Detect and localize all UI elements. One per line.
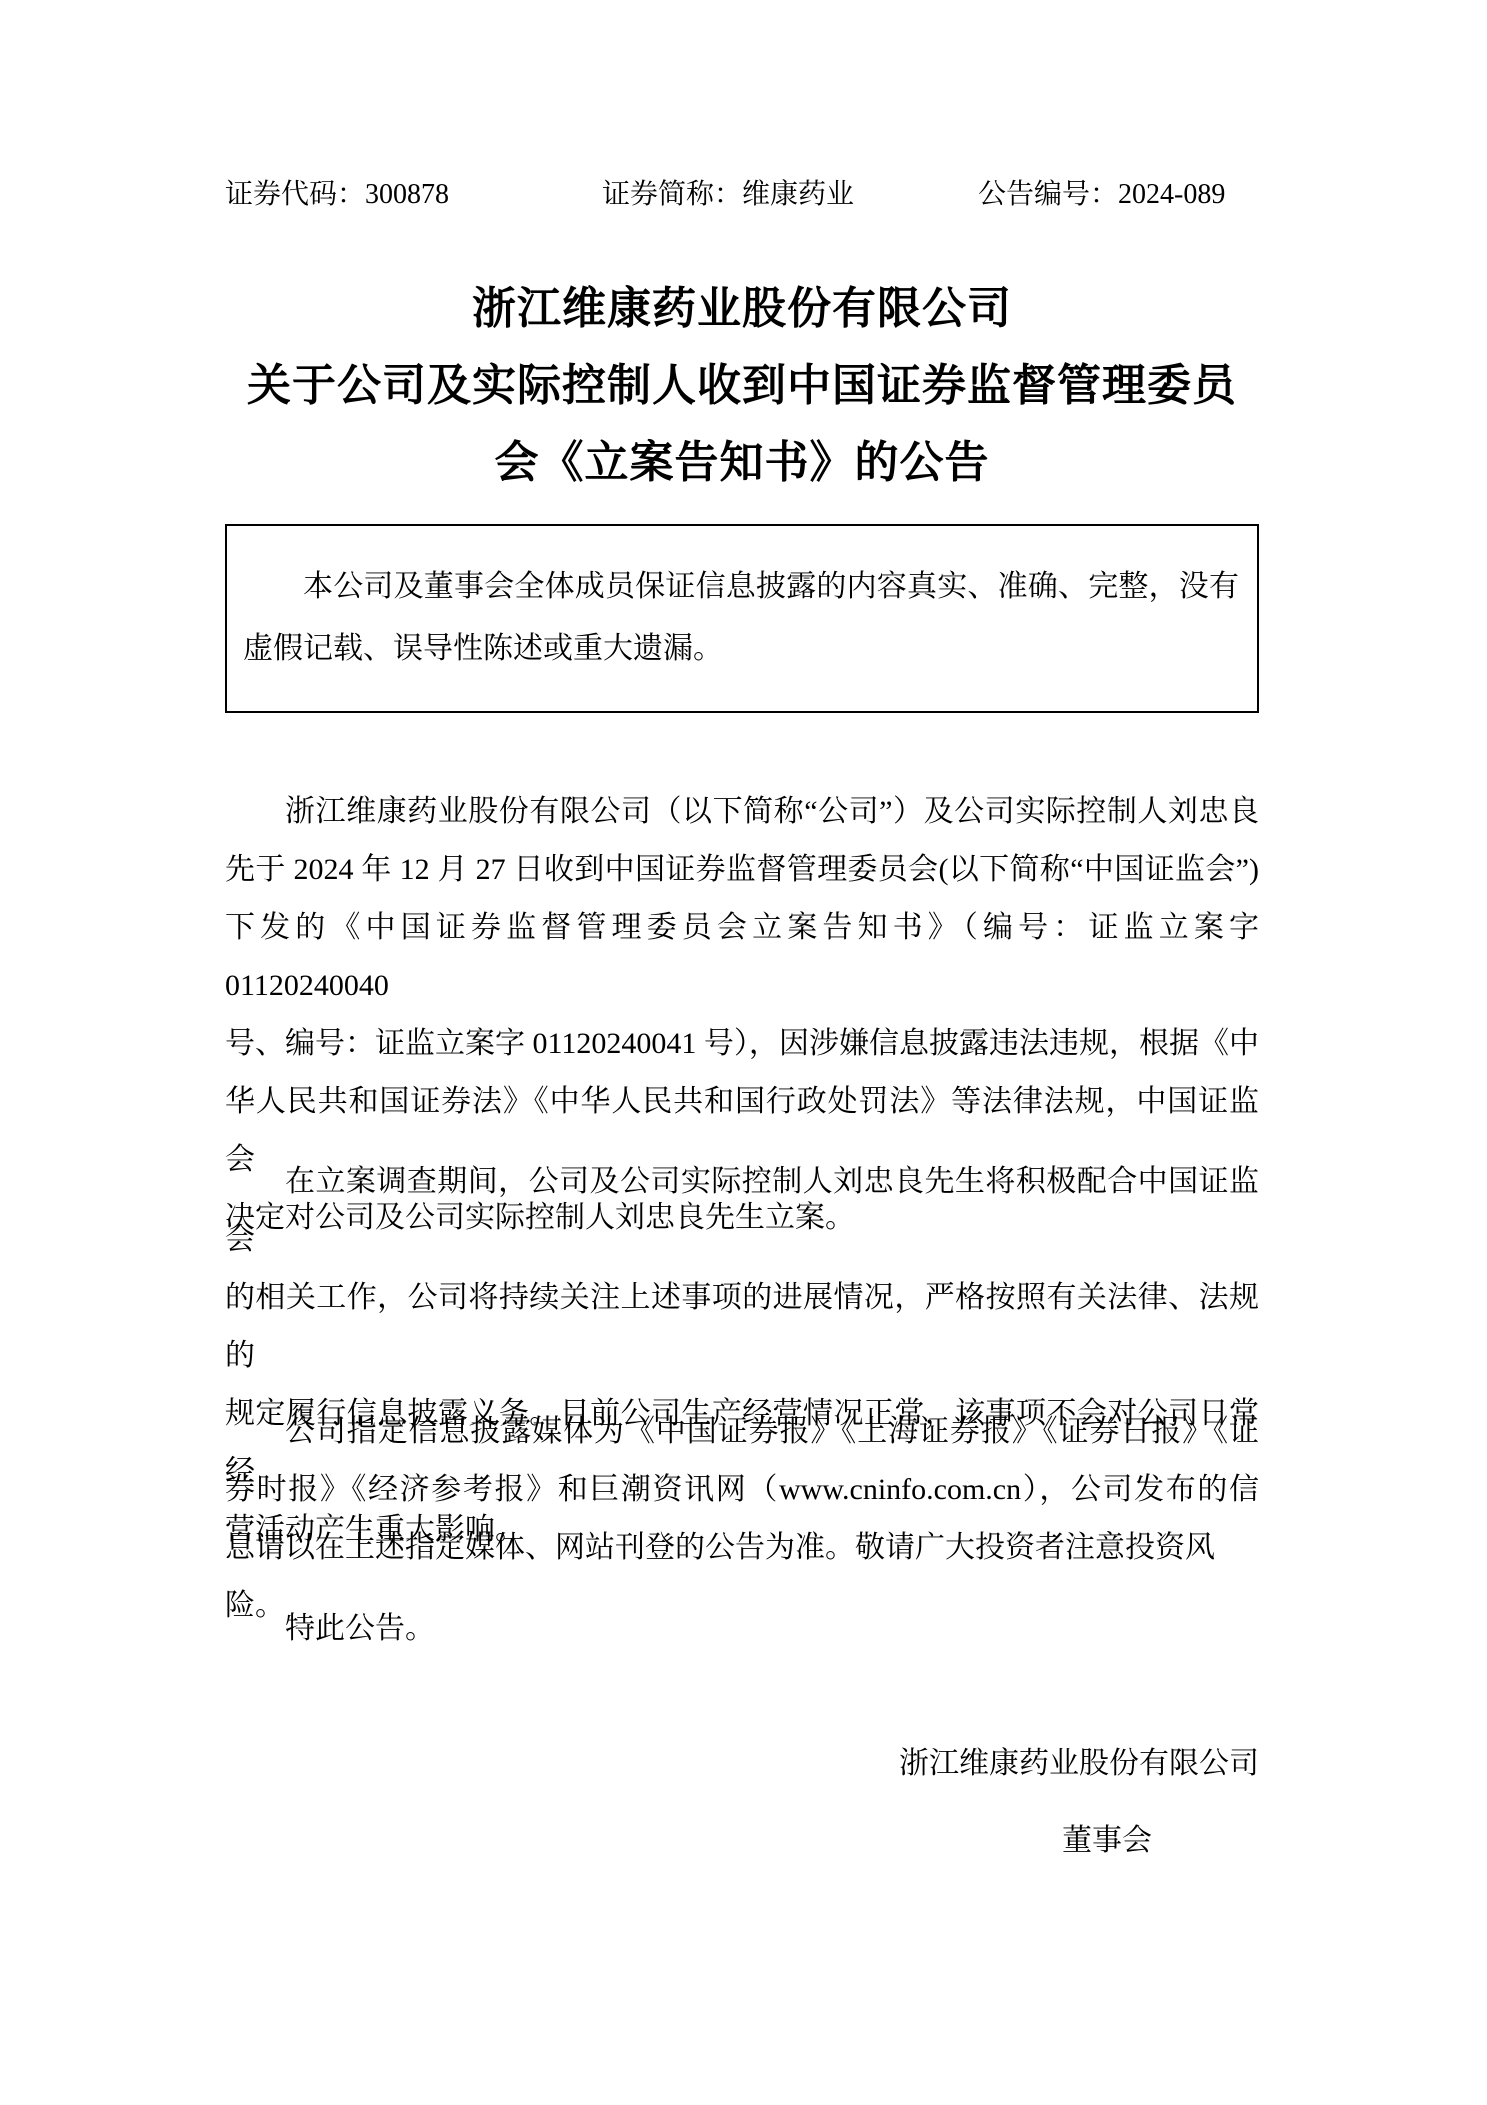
disclaimer-line-2: 虚假记载、误导性陈述或重大遗漏。 xyxy=(243,618,1239,680)
announcement-title: 浙江维康药业股份有限公司 关于公司及实际控制人收到中国证券监督管理委员 会《立案… xyxy=(225,270,1259,501)
title-line-1: 浙江维康药业股份有限公司 xyxy=(225,270,1259,347)
securities-header-row: 证券代码：300878 证券简称：维康药业 公告编号：2024-089 xyxy=(225,178,1259,212)
paragraph-2-line-2: 的相关工作，公司将持续关注上述事项的进展情况，严格按照有关法律、法规的 xyxy=(225,1269,1259,1385)
paragraph-3-line-2: 券时报》《经济参考报》和巨潮资讯网（www.cninfo.com.cn），公司发… xyxy=(225,1461,1259,1519)
closing-statement: 特此公告。 xyxy=(225,1600,1259,1658)
paragraph-1-line-2: 先于 2024 年 12 月 27 日收到中国证券监督管理委员会(以下简称“中国… xyxy=(225,841,1259,899)
paragraph-3-line-1: 公司指定信息披露媒体为《中国证券报》《上海证券报》《证券日报》《证 xyxy=(225,1403,1259,1461)
paragraph-1-line-4: 号、编号：证监立案字 01120240041 号），因涉嫌信息披露违法违规，根据… xyxy=(225,1015,1259,1073)
title-line-2: 关于公司及实际控制人收到中国证券监督管理委员 xyxy=(225,347,1259,424)
paragraph-1-line-1: 浙江维康药业股份有限公司（以下简称“公司”）及公司实际控制人刘忠良 xyxy=(225,783,1259,841)
title-line-3: 会《立案告知书》的公告 xyxy=(225,424,1259,501)
signature-company: 浙江维康药业股份有限公司 xyxy=(225,1735,1259,1793)
disclaimer-box: 本公司及董事会全体成员保证信息披露的内容真实、准确、完整，没有 虚假记载、误导性… xyxy=(225,524,1259,713)
announcement-number-label: 公告编号：2024-089 xyxy=(978,178,1225,212)
stock-name-label: 证券简称：维康药业 xyxy=(602,178,854,212)
document-page: { "header": { "stock_code": "证券代码：300878… xyxy=(0,0,1487,2105)
closing-line: 特此公告。 xyxy=(225,1600,1259,1658)
disclaimer-line-1: 本公司及董事会全体成员保证信息披露的内容真实、准确、完整，没有 xyxy=(243,556,1239,618)
page-content: 证券代码：300878 证券简称：维康药业 公告编号：2024-089 浙江维康… xyxy=(225,0,1259,2105)
paragraph-1-line-3: 下发的《中国证券监督管理委员会立案告知书》（编号：证监立案字 011202400… xyxy=(225,899,1259,1015)
paragraph-2-line-1: 在立案调查期间，公司及公司实际控制人刘忠良先生将积极配合中国证监会 xyxy=(225,1153,1259,1269)
stock-code-label: 证券代码：300878 xyxy=(225,178,449,212)
signature-board: 董事会 xyxy=(225,1812,1259,1870)
